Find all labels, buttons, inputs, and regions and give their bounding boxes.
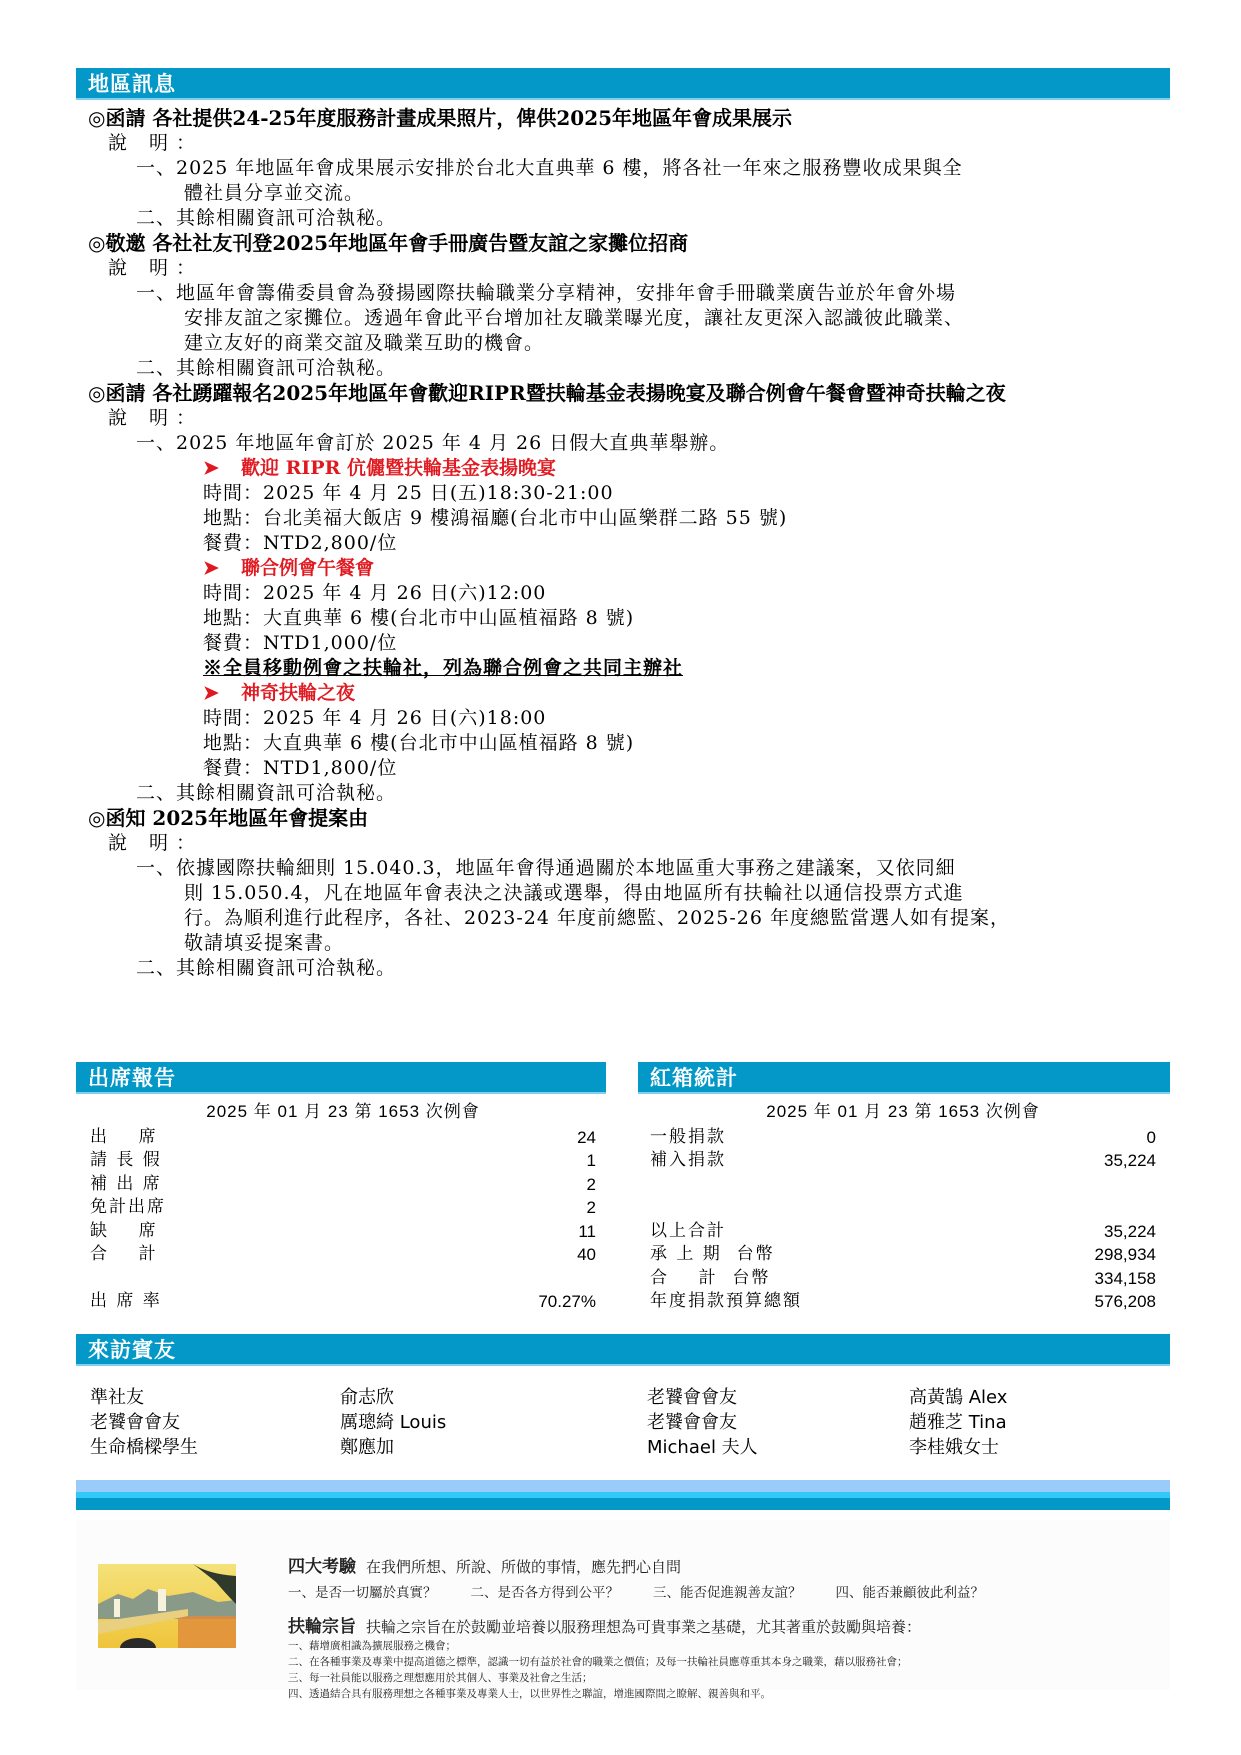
- event-time: 時間：2025 年 4 月 26 日(六)12:00: [88, 581, 1173, 606]
- event-fee: 餐費：NTD1,800/位: [88, 756, 1173, 781]
- arrow-bullet-icon: ➤: [203, 681, 241, 706]
- notice-title-2: ◎敬邀 各社社友刊登2025年地區年會手冊廣告暨友誼之家攤位招商: [88, 231, 1173, 256]
- explain-label: 說 明：: [88, 256, 1173, 281]
- stat-row: 免計出席2: [90, 1196, 596, 1220]
- visitor-row: 老饕會會友厲璁綺 Louis老饕會會友趙雅芝 Tina: [90, 1410, 1170, 1435]
- stat-row: 請 長 假1: [90, 1149, 596, 1173]
- bridge-painting-image: [98, 1564, 236, 1648]
- object-of-rotary: 扶輪宗旨扶輪之宗旨在於鼓勵並培養以服務理想為可貴事業之基礎，尤其著重於鼓勵與培養…: [288, 1616, 1168, 1638]
- district-news-header: 地區訊息: [76, 68, 1170, 100]
- event-place: 地點：大直典華 6 樓(台北市中山區植福路 8 號): [88, 731, 1173, 756]
- stat-row: 一般捐款0: [650, 1126, 1156, 1150]
- event-time: 時間：2025 年 4 月 26 日(六)18:00: [88, 706, 1173, 731]
- notice-title-1: ◎函請 各社提供24-25年度服務計畫成果照片，俾供2025年地區年會成果展示: [88, 106, 1173, 131]
- stat-row: 補入捐款35,224: [650, 1149, 1156, 1173]
- event-title: ➤神奇扶輪之夜: [88, 681, 1173, 706]
- notice-item: 一、依據國際扶輪細則 15.040.3，地區年會得通過關於本地區重大事務之建議案…: [88, 856, 1173, 956]
- object-item: 一、藉增廣相識為擴展服務之機會；: [288, 1638, 1168, 1654]
- rotary-footer: 四大考驗在我們所想、所說、所做的事情，應先捫心自問 一、是否一切屬於真實？二、是…: [76, 1520, 1170, 1690]
- notice-item: 一、2025 年地區年會成果展示安排於台北大直典華 6 樓，將各社一年來之服務豐…: [88, 156, 1173, 206]
- event-time: 時間：2025 年 4 月 25 日(五)18:30-21:00: [88, 481, 1173, 506]
- arrow-bullet-icon: ➤: [203, 556, 241, 581]
- object-item: 二、在各種事業及專業中提高道德之標準，認識一切有益於社會的職業之價值；及每一扶輪…: [288, 1654, 1168, 1670]
- attendance-report: 2025 年 01 月 23 第 1653 次例會 出 席24 請 長 假1 補…: [90, 1100, 596, 1314]
- stat-row: 以上合計35,224: [650, 1220, 1156, 1244]
- event-place: 地點：大直典華 6 樓(台北市中山區植福路 8 號): [88, 606, 1173, 631]
- stat-row: 年度捐款預算總額576,208: [650, 1290, 1156, 1314]
- red-box-stats: 2025 年 01 月 23 第 1653 次例會 一般捐款0 補入捐款35,2…: [650, 1100, 1156, 1314]
- stat-row: 出 席24: [90, 1126, 596, 1150]
- visitor-row: 生命橋樑學生鄭應加Michael 夫人李桂娥女士: [90, 1435, 1170, 1460]
- event-title: ➤聯合例會午餐會: [88, 556, 1173, 581]
- event-fee: 餐費：NTD1,000/位: [88, 631, 1173, 656]
- event-note: ※全員移動例會之扶輪社，列為聯合例會之共同主辦社: [88, 656, 1173, 681]
- notice-item: 一、地區年會籌備委員會為發揚國際扶輪職業分享精神，安排年會手冊職業廣告並於年會外…: [88, 281, 1173, 356]
- visitor-row: 準社友俞志欣老饕會會友高黃鵠 Alex: [90, 1385, 1170, 1410]
- district-news-body: ◎函請 各社提供24-25年度服務計畫成果照片，俾供2025年地區年會成果展示 …: [88, 106, 1173, 981]
- divider-stripe: [76, 1498, 1170, 1510]
- four-way-questions: 一、是否一切屬於真實？二、是否各方得到公平？三、能否促進親善友誼？四、能否兼顧彼…: [288, 1582, 1168, 1604]
- stat-row: 合 計 台幣334,158: [650, 1267, 1156, 1291]
- four-way-test: 四大考驗在我們所想、所說、所做的事情，應先捫心自問: [288, 1556, 1168, 1578]
- explain-label: 說 明：: [88, 831, 1173, 856]
- object-item: 四、透過結合具有服務理想之各種事業及專業人士，以世界性之聯誼，增進國際間之瞭解、…: [288, 1686, 1168, 1702]
- stat-row: 承 上 期 台幣298,934: [650, 1243, 1156, 1267]
- arrow-bullet-icon: ➤: [203, 456, 241, 481]
- notice-item: 二、其餘相關資訊可洽執秘。: [88, 356, 1173, 381]
- meeting-date: 2025 年 01 月 23 第 1653 次例會: [650, 1100, 1156, 1124]
- attendance-rate-row: 出 席 率70.27%: [90, 1290, 596, 1314]
- stat-row: 缺 席11: [90, 1220, 596, 1244]
- event-place: 地點：台北美福大飯店 9 樓鴻福廳(台北市中山區樂群二路 55 號): [88, 506, 1173, 531]
- meeting-date: 2025 年 01 月 23 第 1653 次例會: [90, 1100, 596, 1124]
- explain-label: 說 明：: [88, 131, 1173, 156]
- stat-row: 合 計40: [90, 1243, 596, 1267]
- red-box-header: 紅箱統計: [638, 1062, 1170, 1094]
- explain-label: 說 明：: [88, 406, 1173, 431]
- notice-item: 一、2025 年地區年會訂於 2025 年 4 月 26 日假大直典華舉辦。: [88, 431, 1173, 456]
- visitors-list: 準社友俞志欣老饕會會友高黃鵠 Alex 老饕會會友厲璁綺 Louis老饕會會友趙…: [90, 1385, 1170, 1460]
- event-title: ➤歡迎 RIPR 伉儷暨扶輪基金表揚晚宴: [88, 456, 1173, 481]
- stat-row: 補 出 席2: [90, 1173, 596, 1197]
- notice-item: 二、其餘相關資訊可洽執秘。: [88, 206, 1173, 231]
- visitors-header: 來訪賓友: [76, 1334, 1170, 1366]
- notice-title-4: ◎函知 2025年地區年會提案由: [88, 806, 1173, 831]
- object-item: 三、每一社員能以服務之理想應用於其個人、事業及社會之生活；: [288, 1670, 1168, 1686]
- notice-title-3: ◎函請 各社踴躍報名2025年地區年會歡迎RIPR暨扶輪基金表揚晚宴及聯合例會午…: [88, 381, 1178, 406]
- notice-item: 二、其餘相關資訊可洽執秘。: [88, 956, 1173, 981]
- notice-item: 二、其餘相關資訊可洽執秘。: [88, 781, 1173, 806]
- event-fee: 餐費：NTD2,800/位: [88, 531, 1173, 556]
- divider-stripe: [76, 1480, 1170, 1492]
- attendance-header: 出席報告: [76, 1062, 606, 1094]
